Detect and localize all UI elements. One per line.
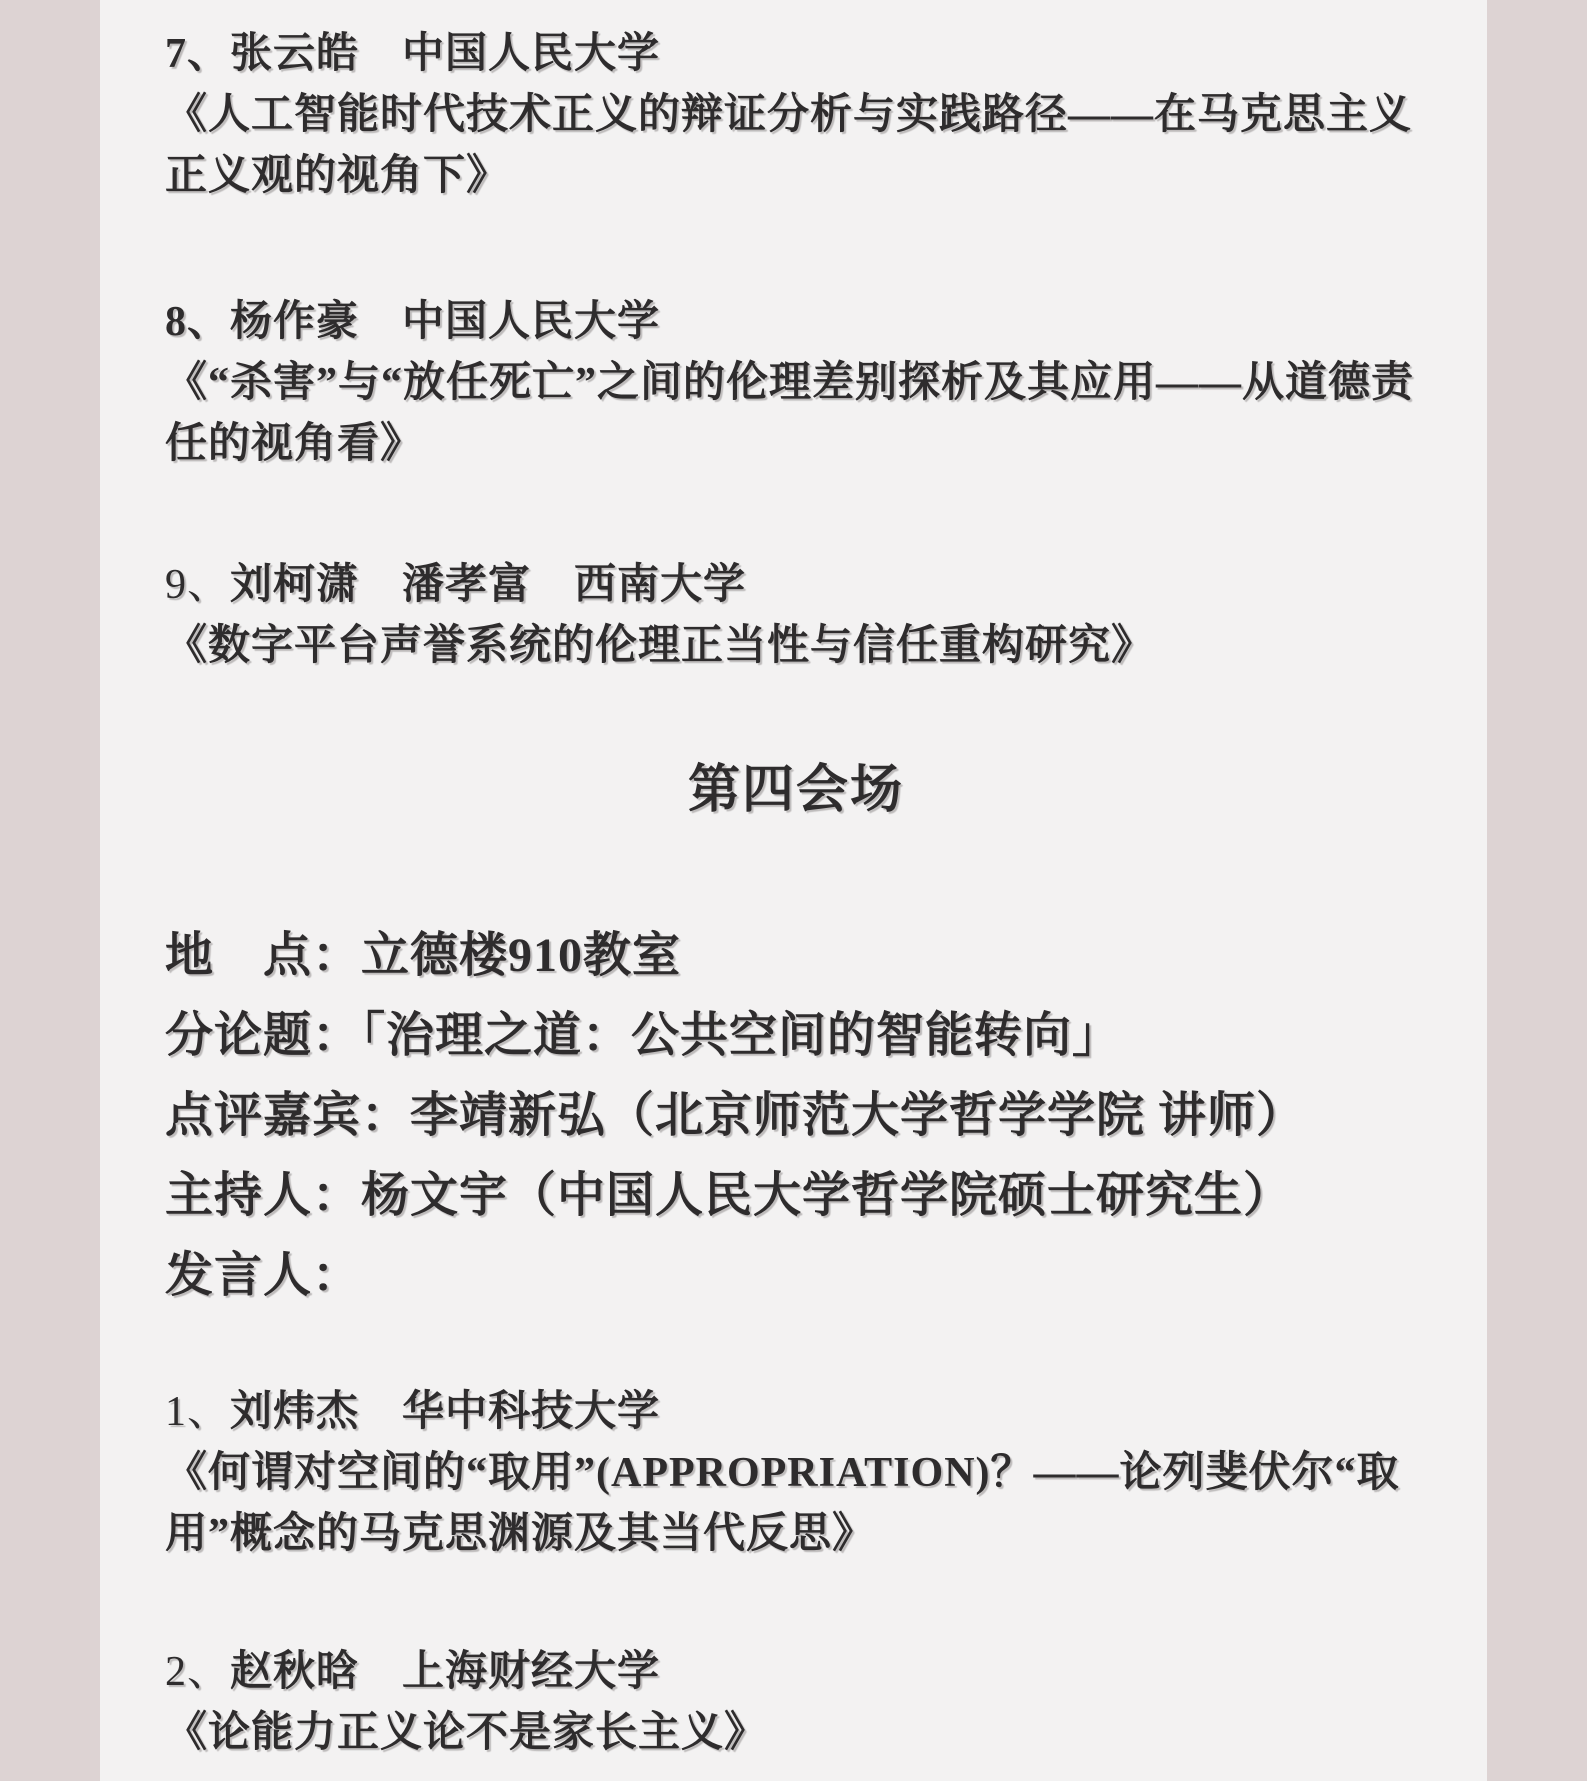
entry-speakers: 刘炜杰 华中科技大学	[230, 1389, 660, 1435]
session-location: 地 点：立德楼910教室	[165, 916, 1427, 996]
session-heading: 第四会场	[165, 760, 1427, 822]
session-host: 主持人：杨文宇（中国人民大学哲学院硕士研究生）	[165, 1156, 1427, 1236]
program-entry-9: 9、刘柯潇 潘孝富 西南大学 《数字平台声誉系统的伦理正当性与信任重构研究》	[165, 555, 1427, 677]
session-speakers-label: 发言人：	[165, 1236, 1427, 1316]
program-entry-7: 7、张云皓 中国人民大学 《人工智能时代技术正义的辩证分析与实践路径——在马克思…	[165, 24, 1427, 207]
entry-speakers-line: 7、张云皓 中国人民大学	[165, 24, 1427, 85]
paper-title: 《何谓对空间的“取用”(APPROPRIATION)？——论列斐伏尔“取用”概念…	[165, 1443, 1427, 1565]
entry-speakers-line: 9、刘柯潇 潘孝富 西南大学	[165, 555, 1427, 616]
program-entry-2: 2、赵秋晗 上海财经大学 《论能力正义论不是家长主义》	[165, 1642, 1427, 1764]
entry-speakers-line: 1、刘炜杰 华中科技大学	[165, 1382, 1427, 1443]
entry-number: 8、	[165, 299, 230, 345]
entry-speakers: 张云皓 中国人民大学	[230, 31, 660, 77]
session-details: 地 点：立德楼910教室 分论题：「治理之道：公共空间的智能转向」 点评嘉宾：李…	[165, 916, 1427, 1316]
program-entry-1: 1、刘炜杰 华中科技大学 《何谓对空间的“取用”(APPROPRIATION)？…	[165, 1382, 1427, 1565]
entry-speakers: 杨作豪 中国人民大学	[230, 299, 660, 345]
entry-speakers: 刘柯潇 潘孝富 西南大学	[230, 562, 746, 608]
session-topic: 分论题：「治理之道：公共空间的智能转向」	[165, 996, 1427, 1076]
paper-title: 《论能力正义论不是家长主义》	[165, 1703, 1427, 1764]
entry-speakers: 赵秋晗 上海财经大学	[230, 1649, 660, 1695]
entry-speakers-line: 2、赵秋晗 上海财经大学	[165, 1642, 1427, 1703]
entry-number: 1、	[165, 1389, 230, 1435]
program-entry-8: 8、杨作豪 中国人民大学 《“杀害”与“放任死亡”之间的伦理差别探析及其应用——…	[165, 292, 1427, 475]
paper-title: 《数字平台声誉系统的伦理正当性与信任重构研究》	[165, 616, 1427, 677]
entry-number: 7、	[165, 31, 230, 77]
entry-number: 9、	[165, 562, 230, 608]
paper-title: 《“杀害”与“放任死亡”之间的伦理差别探析及其应用——从道德责任的视角看》	[165, 353, 1427, 475]
session-commentator: 点评嘉宾：李靖新弘（北京师范大学哲学学院 讲师）	[165, 1076, 1427, 1156]
paper-title: 《人工智能时代技术正义的辩证分析与实践路径——在马克思主义正义观的视角下》	[165, 85, 1427, 207]
program-page: 7、张云皓 中国人民大学 《人工智能时代技术正义的辩证分析与实践路径——在马克思…	[100, 0, 1487, 1781]
entry-number: 2、	[165, 1649, 230, 1695]
entry-speakers-line: 8、杨作豪 中国人民大学	[165, 292, 1427, 353]
